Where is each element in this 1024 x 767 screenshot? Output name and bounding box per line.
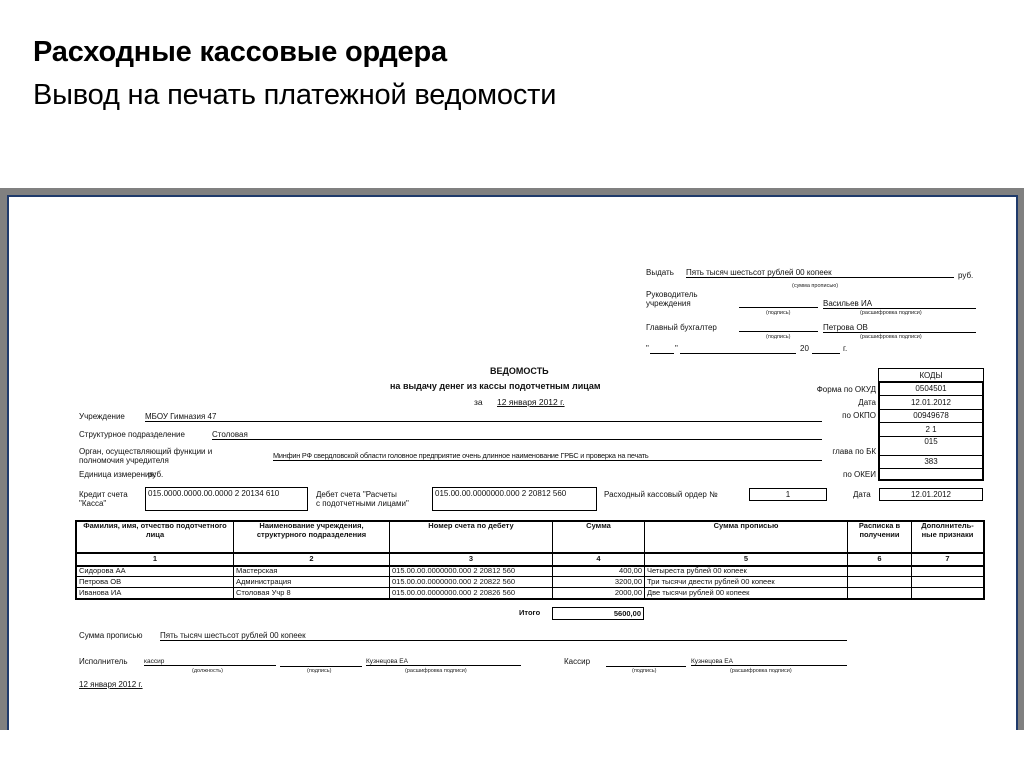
sum-words-field: Пять тысяч шестьсот рублей 00 копеек (160, 631, 847, 641)
founder-label-1: Орган, осуществляющий функции и (79, 447, 212, 456)
institution-field: МБОУ Гимназия 47 (145, 412, 822, 422)
cell-unit: Администрация (234, 577, 390, 588)
executor-label: Исполнитель (79, 657, 128, 666)
order-date-value: 12.01.2012 (911, 490, 951, 499)
chief-accountant-signature-line[interactable] (739, 323, 818, 332)
code-bk-label: глава по БК (832, 447, 876, 456)
head-name: Васильев ИА (823, 299, 872, 308)
chief-accountant-name: Петрова ОВ (823, 323, 868, 332)
col-header-unit: Наименование учреждения, структурного по… (234, 522, 390, 553)
executor-signature-hint: (подпись) (307, 668, 331, 674)
cell-receipt (848, 577, 912, 588)
col-number: 2 (234, 553, 390, 566)
code-date-label: Дата (858, 398, 876, 407)
cashier-decode-hint: (расшифровка подписи) (730, 668, 792, 674)
founder-label-2: полномочия учредителя (79, 456, 169, 465)
unit-label: Единица измерения: (79, 470, 156, 479)
credit-account-value: 015.0000.0000.00.0000 2 20134 610 (148, 489, 279, 498)
division-label: Структурное подразделение (79, 430, 185, 439)
head-signature-hint: (подпись) (766, 310, 790, 316)
table-row: Сидорова АА Мастерская 015.00.00.0000000… (77, 566, 984, 577)
code-okei: 383 (879, 455, 984, 469)
head-name-field: Васильев ИА (823, 299, 976, 309)
code-bk-chapter: 015 (879, 436, 984, 455)
col-number: 1 (77, 553, 234, 566)
issue-unit: руб. (958, 271, 973, 280)
debit-account-box: 015.00.00.0000000.000 2 20812 560 (432, 487, 597, 511)
executor-position-field: кассир (144, 658, 276, 666)
cell-receipt (848, 566, 912, 577)
cell-extra (912, 588, 984, 599)
cell-extra (912, 566, 984, 577)
sum-words-value: Пять тысяч шестьсот рублей 00 копеек (160, 631, 306, 640)
division-field: Столовая (212, 430, 822, 440)
col-header-amount: Сумма (553, 522, 645, 553)
total-amount: 5600,00 (552, 607, 644, 620)
col-number: 3 (390, 553, 553, 566)
code-okpo: 00949678 (879, 409, 984, 423)
chief-decode-hint: (расшифровка подписи) (860, 334, 922, 340)
head-label-1: Руководитель (646, 290, 698, 299)
executor-position-hint: (должность) (192, 668, 223, 674)
chief-accountant-name-field: Петрова ОВ (823, 323, 976, 333)
cell-name: Петрова ОВ (77, 577, 234, 588)
executor-decode-hint: (расшифровка подписи) (405, 668, 467, 674)
cell-amount-words: Две тысячи рублей 00 копеек (645, 588, 848, 599)
code-okei-label: по ОКЕИ (843, 470, 876, 479)
col-number: 7 (912, 553, 984, 566)
col-number: 4 (553, 553, 645, 566)
executor-position: кассир (144, 658, 164, 665)
date-year-field[interactable] (812, 345, 840, 354)
cell-name: Иванова ИА (77, 588, 234, 599)
cashier-name-field: Кузнецова ЕА (691, 658, 847, 666)
date-day-field[interactable] (650, 345, 674, 354)
executor-name-field: Кузнецова ЕА (366, 658, 521, 666)
debit-label-2: с подотчетными лицами" (316, 499, 409, 508)
cell-account: 015.00.00.0000000.000 2 20822 560 (390, 577, 553, 588)
date-quote-open: " (646, 344, 649, 353)
cell-extra (912, 577, 984, 588)
issue-amount-value: Пять тысяч шестьсот рублей 00 копеек (686, 268, 832, 277)
col-header-extra: Дополнитель-ные признаки (912, 522, 984, 553)
payees-table: Фамилия, имя, отчество подотчетного лица… (76, 521, 984, 599)
cell-amount: 2000,00 (553, 588, 645, 599)
division-value: Столовая (212, 430, 248, 439)
issue-amount-words: Пять тысяч шестьсот рублей 00 копеек (686, 268, 954, 278)
code-okud: 0504501 (879, 382, 984, 396)
order-date-label: Дата (853, 490, 871, 499)
head-decode-hint: (расшифровка подписи) (860, 310, 922, 316)
col-number: 6 (848, 553, 912, 566)
founder-field: Минфин РФ свердловской области головное … (273, 452, 822, 461)
date-prefix: за (474, 398, 483, 408)
head-label-2: учреждения (646, 299, 691, 308)
issue-label: Выдать (646, 268, 674, 277)
sum-words-label: Сумма прописью (79, 631, 143, 640)
col-header-receipt: Расписка в получении (848, 522, 912, 553)
payment-statement: Выдать Пять тысяч шестьсот рублей 00 коп… (0, 0, 1024, 767)
col-header-account: Номер счета по дебету (390, 522, 553, 553)
cell-amount-words: Три тысячи двести рублей 00 копеек (645, 577, 848, 588)
debit-label-1: Дебет счета "Расчеты (316, 490, 397, 499)
date-quote-close: " (675, 344, 678, 353)
institution-label: Учреждение (79, 412, 125, 421)
issue-hint: (сумма прописью) (792, 283, 838, 289)
col-header-amount-words: Сумма прописью (645, 522, 848, 553)
credit-label-2: "Касса" (79, 499, 106, 508)
date-year-prefix: 20 (800, 344, 809, 353)
order-number-value: 1 (786, 490, 790, 499)
order-number-box: 1 (749, 488, 827, 501)
table-column-numbers: 1 2 3 4 5 6 7 (77, 553, 984, 566)
cell-account: 015.00.00.0000000.000 2 20826 560 (390, 588, 553, 599)
cell-amount-words: Четыреста рублей 00 копеек (645, 566, 848, 577)
cashier-signature-hint: (подпись) (632, 668, 656, 674)
executor-name: Кузнецова ЕА (366, 658, 408, 665)
credit-label-1: Кредит счета (79, 490, 128, 499)
head-signature-line[interactable] (739, 299, 818, 308)
col-header-name: Фамилия, имя, отчество подотчетного лица (77, 522, 234, 553)
cashier-signature-line[interactable] (606, 658, 686, 667)
cell-amount: 3200,00 (553, 577, 645, 588)
col-number: 5 (645, 553, 848, 566)
total-label: Итого (519, 609, 540, 618)
date-year-suffix: г. (843, 344, 847, 353)
code-okud-label: Форма по ОКУД (817, 385, 876, 394)
cashier-name: Кузнецова ЕА (691, 658, 733, 665)
codes-table: КОДЫ 0504501 12.01.2012 00949678 2 1 015… (878, 368, 984, 469)
table-header-row: Фамилия, имя, отчество подотчетного лица… (77, 522, 984, 553)
code-okpo-label: по ОКПО (842, 411, 876, 420)
unit-value: руб. (148, 470, 163, 479)
code-division: 2 1 (879, 423, 984, 437)
cell-receipt (848, 588, 912, 599)
chief-accountant-label: Главный бухгалтер (646, 323, 717, 332)
cell-unit: Мастерская (234, 566, 390, 577)
document-title: ВЕДОМОСТЬ (490, 366, 549, 376)
document-subtitle: на выдачу денег из кассы подотчетным лиц… (390, 381, 601, 391)
cell-name: Сидорова АА (77, 566, 234, 577)
codes-header: КОДЫ (879, 369, 984, 383)
document-date: 12 января 2012 г. (497, 398, 565, 408)
chief-signature-hint: (подпись) (766, 334, 790, 340)
table-row: Петрова ОВ Администрация 015.00.00.00000… (77, 577, 984, 588)
footer-date: 12 января 2012 г. (79, 680, 143, 689)
table-row: Иванова ИА Столовая Учр 8 015.00.00.0000… (77, 588, 984, 599)
order-label: Расходный кассовый ордер № (604, 490, 718, 499)
institution-value: МБОУ Гимназия 47 (145, 412, 216, 421)
cell-amount: 400,00 (553, 566, 645, 577)
cashier-label: Кассир (564, 657, 590, 666)
code-date: 12.01.2012 (879, 396, 984, 410)
founder-value: Минфин РФ свердловской области головное … (273, 451, 649, 460)
order-date-box: 12.01.2012 (879, 488, 983, 501)
date-month-field[interactable] (680, 345, 796, 354)
credit-account-box: 015.0000.0000.00.0000 2 20134 610 (145, 487, 308, 511)
cell-account: 015.00.00.0000000.000 2 20812 560 (390, 566, 553, 577)
debit-account-value: 015.00.00.0000000.000 2 20812 560 (435, 489, 566, 498)
executor-signature-line[interactable] (280, 658, 362, 667)
cell-unit: Столовая Учр 8 (234, 588, 390, 599)
